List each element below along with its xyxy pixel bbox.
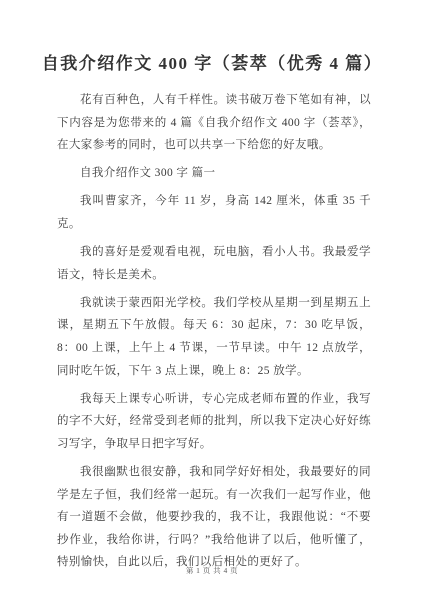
document-title: 自我介绍作文 400 字（荟萃（优秀 4 篇） xyxy=(0,49,424,74)
body-paragraph: 我就读于蒙西阳光学校。我们学校从星期一到星期五上课，星期五下午放假。每天 6：3… xyxy=(57,292,371,382)
body-paragraph: 我的喜好是爱观看电视，玩电脑，看小人书。我最爱学语文，特长是美术。 xyxy=(57,241,371,286)
section-heading: 自我介绍作文 300 字 篇一 xyxy=(57,162,371,185)
document-body: 花有百种色，人有千样性。读书破万卷下笔如有神，以下内容是为您带来的 4 篇《自我… xyxy=(57,89,371,579)
intro-paragraph: 花有百种色，人有千样性。读书破万卷下笔如有神，以下内容是为您带来的 4 篇《自我… xyxy=(57,89,371,157)
page-number: 第 1 页 共 4 页 xyxy=(0,565,424,576)
body-paragraph: 我每天上课专心听讲，专心完成老师布置的作业，我写的字不大好，经常受到老师的批判，… xyxy=(57,388,371,456)
body-paragraph: 我很幽默也很安静，我和同学好好相处，我最要好的同学是左子恒，我们经常一起玩。有一… xyxy=(57,461,371,574)
body-paragraph: 我叫曹家齐，今年 11 岁，身高 142 厘米，体重 35 千克。 xyxy=(57,190,371,235)
document-page: 自我介绍作文 400 字（荟萃（优秀 4 篇） 花有百种色，人有千样性。读书破万… xyxy=(0,0,424,600)
